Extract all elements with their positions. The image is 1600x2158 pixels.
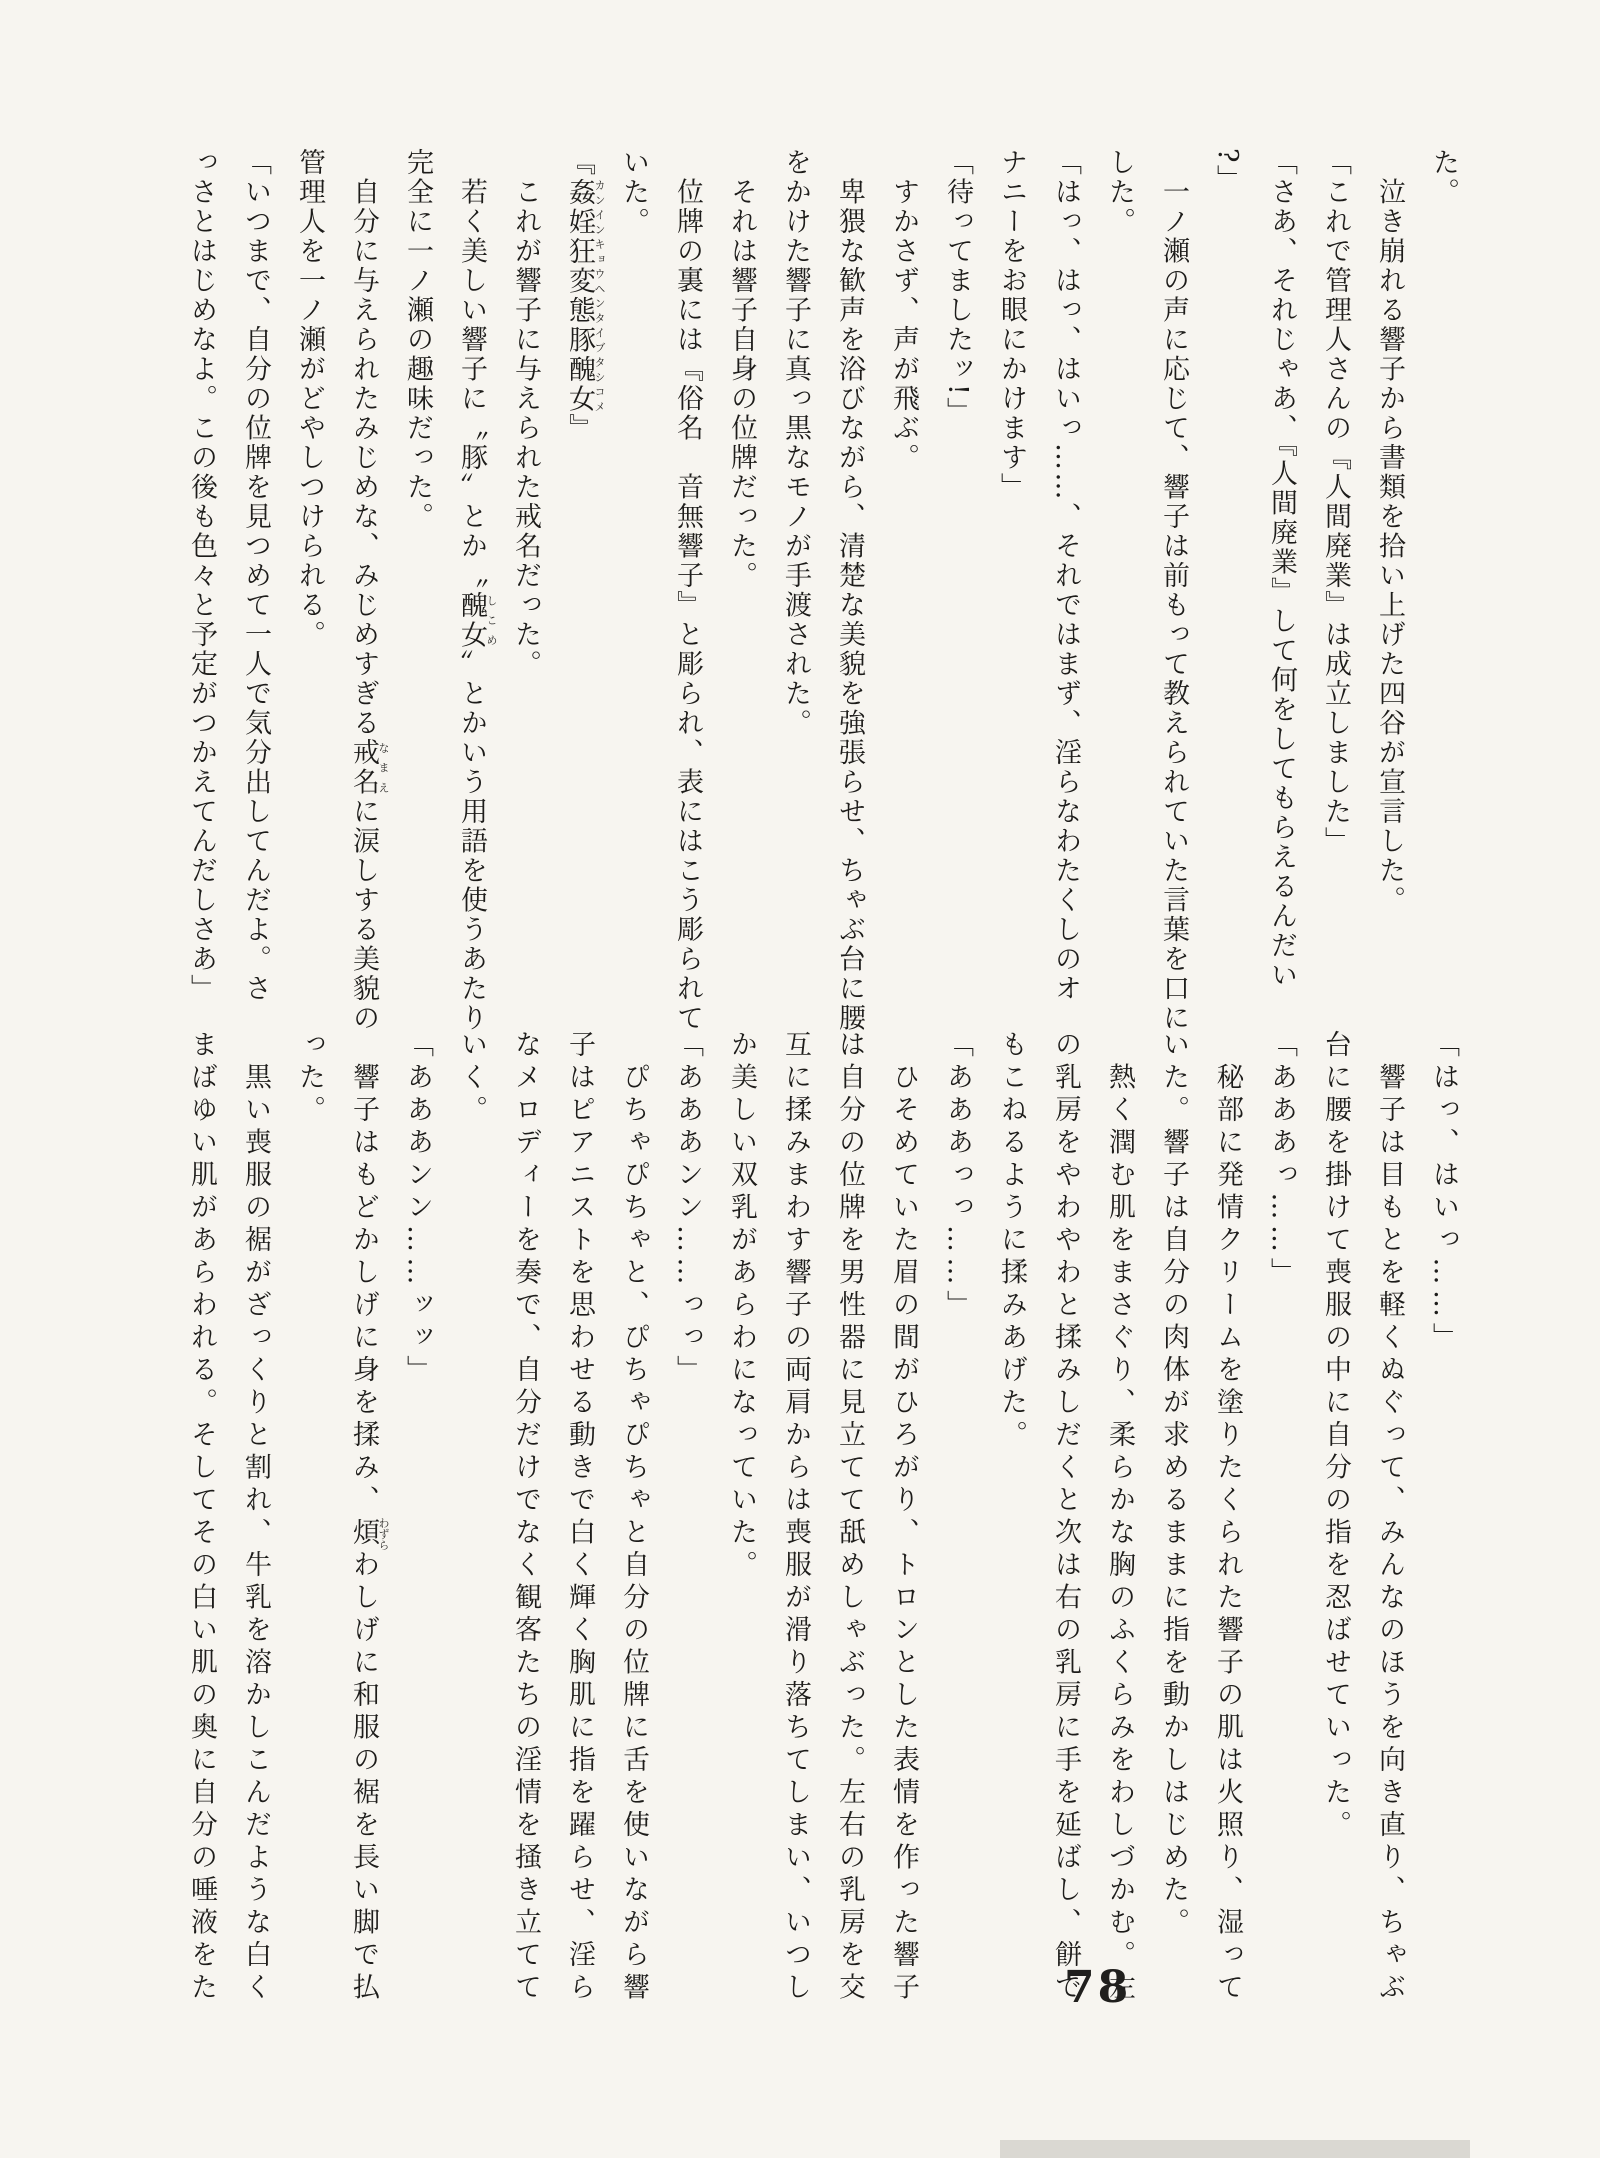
text-line: 「はっ、はっ、はいっ……、それではまず、淫らなわたくしのオ: [1038, 148, 1092, 1043]
text-line: いた。響子は自分の肉体が求めるままに指を動かしはじめた。: [1146, 1030, 1200, 2020]
text-line: 「あああンン……ッッ」: [390, 1030, 444, 2020]
text-line: 「これで管理人さんの『人間廃業』は成立しました」: [1308, 148, 1362, 1043]
text-line: っさとはじめなよ。この後も色々と予定がつかえてんだしさあ」: [174, 148, 228, 1043]
text-line: これが響子に与えられた戒名だった。: [498, 148, 552, 1043]
text-block-upper: た。 泣き崩れる響子から書類を拾い上げた四谷が宣言した。「これで管理人さんの『人…: [125, 148, 1470, 1043]
text-line: 完全に一ノ瀬の趣味だった。: [390, 148, 444, 1043]
text-line: か美しい双乳があらわになっていた。: [714, 1030, 768, 2020]
scan-shadow-bottom-edge: [1000, 2140, 1470, 2158]
page-number: 78: [1064, 1962, 1131, 2013]
text-line: 子はピアニストを思わせる動きで白く輝く胸肌に指を躍らせ、淫ら: [552, 1030, 606, 2020]
text-line: 卑猥な歓声を浴びながら、清楚な美貌を強張らせ、ちゃぶ台に腰: [822, 148, 876, 1043]
text-line: まばゆい肌があらわれる。そしてその白い肌の奥に自分の唾液をた: [174, 1030, 228, 2020]
text-line: の乳房をやわやわと揉みしだくと次は右の乳房に手を延ばし、餅で: [1038, 1030, 1092, 2020]
text-line: 秘部に発情クリームを塗りたくられた響子の肌は火照り、湿って: [1200, 1030, 1254, 2020]
text-line: した。: [1092, 148, 1146, 1043]
text-line: 管理人を一ノ瀬がどやしつけられる。: [282, 148, 336, 1043]
text-line: 「いつまで、自分の位牌を見つめて一人で気分出してんだよ。さ: [228, 148, 282, 1043]
text-line: 「あああンン……っっ」: [660, 1030, 714, 2020]
text-line: 熱く潤む肌をまさぐり、柔らかな胸のふくらみをわしづかむ。左: [1092, 1030, 1146, 2020]
text-line: 「あああっ……」: [1254, 1030, 1308, 2020]
text-line: 黒い喪服の裾がざっくりと割れ、牛乳を溶かしこんだような白く: [228, 1030, 282, 2020]
text-line: いた。: [606, 148, 660, 1043]
text-line: ナニーをお眼にかけます」: [984, 148, 1038, 1043]
text-line: 「あああっっ……」: [930, 1030, 984, 2020]
ruby-annotated-word: 醜女しこめ: [456, 591, 487, 650]
text-block-lower: 「はっ、はいっ……」 響子は目もとを軽くぬぐって、みんなのほうを向き直り、ちゃぶ…: [125, 1030, 1470, 2020]
text-line: 若く美しい響子に〝豚〟とか〝醜女しこめ〟とかいう用語を使うあたり: [444, 148, 498, 1043]
text-line: ぴちゃぴちゃと、ぴちゃぴちゃと自分の位牌に舌を使いながら響: [606, 1030, 660, 2020]
text-line: 『姦婬狂変態豚醜女カンインキョウヘンタイブタシコメ』: [552, 148, 606, 1043]
text-line: った。: [282, 1030, 336, 2020]
text-line: をかけた響子に真っ黒なモノが手渡された。: [768, 148, 822, 1043]
ruby-annotated-word: 姦婬狂変態豚醜女カンインキョウヘンタイブタシコメ: [564, 178, 595, 414]
ruby-annotated-word: 戒名なまえ: [348, 738, 379, 797]
text-line: 自分に与えられたみじめな、みじめすぎる戒名なまえに涙しする美貌の: [336, 148, 390, 1043]
text-line: それは響子自身の位牌だった。: [714, 148, 768, 1043]
text-line: 台に腰を掛けて喪服の中に自分の指を忍ばせていった。: [1308, 1030, 1362, 2020]
text-line: 位牌の裏には『俗名 音無響子』と彫られ、表にはこう彫られて: [660, 148, 714, 1043]
text-line: なメロディーを奏で、自分だけでなく観客たちの淫情を掻き立てて: [498, 1030, 552, 2020]
text-line: 響子はもどかしげに身を揉み、煩わずらわしげに和服の裾を長い脚で払: [336, 1030, 390, 2020]
text-line: いく。: [444, 1030, 498, 2020]
ruby-annotated-word: 煩わずら: [348, 1518, 379, 1551]
text-line: は自分の位牌を男性器に見立てて舐めしゃぶった。左右の乳房を交: [822, 1030, 876, 2020]
text-line: 一ノ瀬の声に応じて、響子は前もって教えられていた言葉を口に: [1146, 148, 1200, 1043]
doujinshi-novel-page: た。 泣き崩れる響子から書類を拾い上げた四谷が宣言した。「これで管理人さんの『人…: [0, 0, 1600, 2158]
text-line: すかさず、声が飛ぶ。: [876, 148, 930, 1043]
text-line: 響子は目もとを軽くぬぐって、みんなのほうを向き直り、ちゃぶ: [1362, 1030, 1416, 2020]
text-line: 「待ってましたッ!」: [930, 148, 984, 1043]
text-line: 泣き崩れる響子から書類を拾い上げた四谷が宣言した。: [1362, 148, 1416, 1043]
text-line: もこねるように揉みあげた。: [984, 1030, 1038, 2020]
text-line: 「さあ、それじゃあ、『人間廃業』して何をしてもらえるんだい: [1254, 148, 1308, 1043]
text-line: 「はっ、はいっ……」: [1416, 1030, 1470, 2020]
text-line: ?」: [1200, 148, 1254, 1043]
text-line: 互に揉みまわす響子の両肩からは喪服が滑り落ちてしまい、いつし: [768, 1030, 822, 2020]
text-line: た。: [1416, 148, 1470, 1043]
text-line: ひそめていた眉の間がひろがり、トロンとした表情を作った響子: [876, 1030, 930, 2020]
